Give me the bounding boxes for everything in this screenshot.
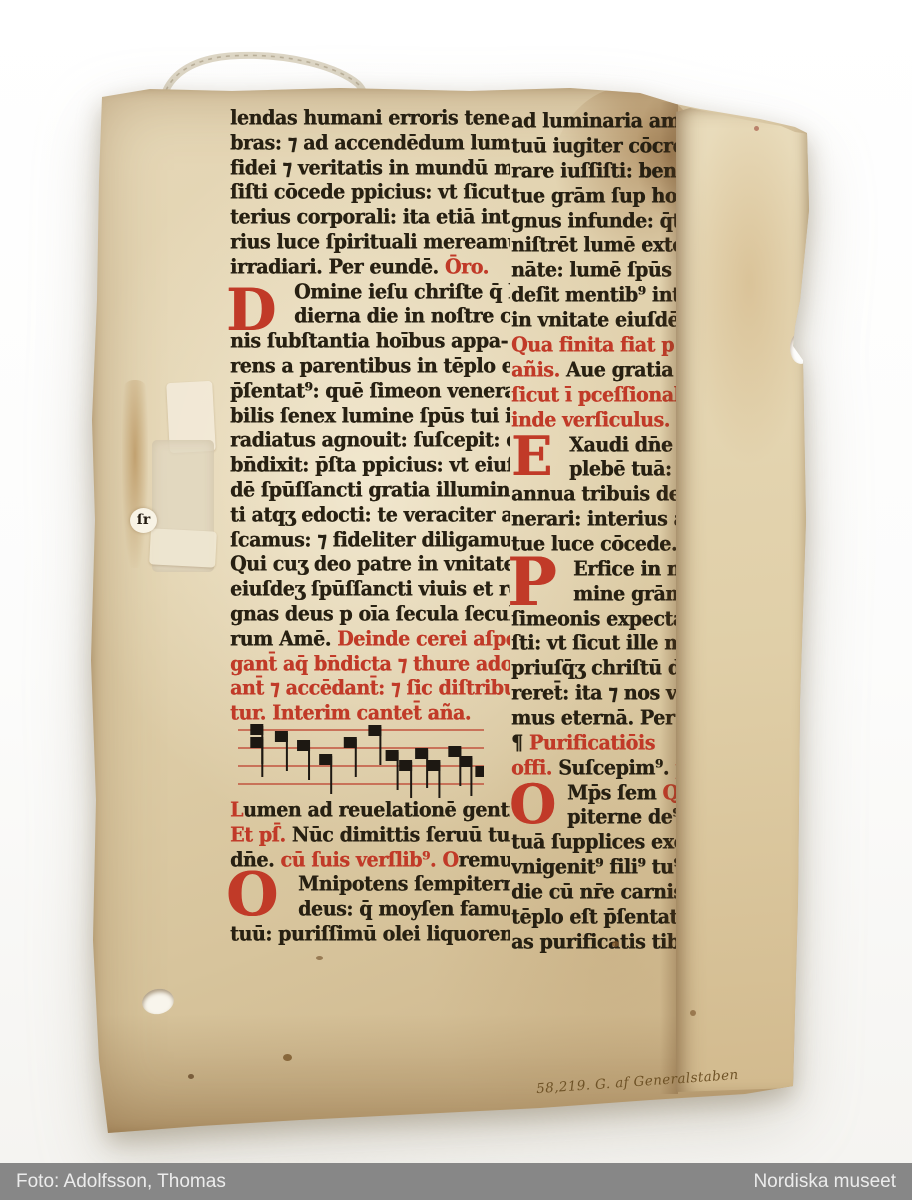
rubric-text: gant̄ aq̄ bn̄dicta ⁊ thure adole	[230, 652, 510, 676]
text-line: niſtrēt lumē exteri	[511, 233, 683, 257]
text-line: rare iuſſiſti: bene	[511, 159, 683, 183]
speck	[316, 956, 323, 960]
text-line: gant̄ aq̄ bn̄dicta ⁊ thure adole	[230, 652, 510, 676]
text-line: bilis ſenex lumine ſpūs tui ir	[230, 404, 510, 428]
body-text: rare iuſſiſti: bene	[511, 159, 683, 183]
body-text: umen ad reuelationē gentiū	[243, 798, 510, 822]
text-line: terius corporali: ita etiā inte-	[230, 205, 510, 229]
body-text: rius luce ſpirituali mereamur	[230, 230, 510, 254]
speck	[754, 126, 759, 131]
body-text: ſiſti cōcede ppicius: vt ſicut ex-	[230, 180, 510, 204]
photographer-credit: Foto: Adolfsson, Thomas	[16, 1171, 226, 1193]
body-text: nāte: lumē ſpūs tu	[511, 258, 683, 282]
photograph: ſr lendas humani erroris tene-bras: ⁊ ad…	[0, 0, 912, 1200]
text-line: tēplo eſt p̄ſentat⁹: i	[511, 905, 683, 929]
rubric-text: Et pſ̄.	[230, 823, 292, 847]
body-text: Qui cuʒ deo patre in vnitate	[230, 552, 510, 576]
illuminated-initial-P: P	[507, 553, 557, 612]
speck	[690, 1010, 696, 1016]
body-text: priuſq̄ʒ chriſtū dn̄	[511, 656, 683, 680]
illuminated-initial-O: O	[509, 780, 556, 829]
text-line: rum Amē. Deinde cerei aſper-	[230, 627, 510, 651]
text-line: Lumen ad reuelationē gentiū	[230, 798, 510, 822]
body-text: vnigenit⁹ fili⁹ tu⁹	[511, 855, 681, 879]
speck	[790, 108, 798, 113]
rubric-text: Purificatiōis	[529, 731, 655, 755]
body-text: deus: q̄ moyſen famulū	[298, 897, 510, 921]
body-text: gnas deus p oīa ſecula ſeculo	[230, 602, 510, 626]
body-text: ſti: vt ſicut ille mor	[511, 631, 683, 655]
body-text: lendas humani erroris tene-	[230, 106, 510, 130]
neume-note	[459, 756, 472, 767]
manuscript-leaf-wrap: ſr lendas humani erroris tene-bras: ⁊ ad…	[90, 86, 812, 1136]
rubric-text: Deinde cerei aſper-	[337, 627, 510, 651]
rubric-text: añis.	[511, 358, 566, 382]
text-fragment: ſr	[130, 508, 157, 533]
text-line: nerari: interius aſ	[511, 507, 683, 531]
neume-note	[250, 724, 263, 735]
body-text: nerari: interius aſ	[511, 507, 683, 531]
text-line: ſti: vt ſicut ille mor	[511, 631, 683, 655]
caption-bar: Foto: Adolfsson, Thomas Nordiska museet	[0, 1163, 912, 1200]
text-line: ſcamus: ⁊ fideliter diligamus	[230, 528, 510, 552]
text-line: rius luce ſpirituali mereamur	[230, 230, 510, 254]
text-line: nāte: lumē ſpūs tu	[511, 258, 683, 282]
text-line: fidei ⁊ veritatis in mundū mi-	[230, 156, 510, 180]
body-text: bn̄dixit: p̄ſta ppicius: vt eiuſ-	[230, 453, 510, 477]
body-text: bras: ⁊ ad accendēdum lumē	[230, 131, 510, 155]
neume-note	[275, 731, 288, 742]
text-line: rens a parentibus in tēplo es	[230, 354, 510, 378]
text-line: ad luminaria am	[511, 109, 680, 133]
stain	[122, 380, 148, 568]
body-text: remus	[458, 848, 510, 872]
body-text: fidei ⁊ veritatis in mundū mi-	[230, 156, 510, 180]
text-line: tuū iugiter cōcre	[511, 134, 683, 158]
body-text: in vnitate eiuſdē ſ	[511, 308, 683, 332]
body-text: ti atqʒ edocti: te veraciter agno	[230, 503, 510, 527]
text-line: deſit mentib⁹ inte	[511, 283, 683, 307]
neume-note	[368, 725, 381, 736]
body-text: rens a parentibus in tēplo es	[230, 354, 510, 378]
text-line: bn̄dixit: p̄ſta ppicius: vt eiuſ-	[230, 453, 510, 477]
museum-credit: Nordiska museet	[753, 1171, 896, 1193]
neume-note	[475, 766, 484, 777]
neume-note	[344, 737, 357, 748]
text-line: dē ſpūſſancti gratia illumina	[230, 478, 510, 502]
rubric-text: ſicut ī pceſſionali	[511, 383, 683, 407]
text-line: gnas deus p oīa ſecula ſeculo	[230, 602, 510, 626]
body-text: ad luminaria am	[511, 109, 680, 133]
text-line: p̄ſentat⁹: quē ſimeon venera-	[230, 379, 510, 403]
text-line: añis. Aue gratia pl	[511, 358, 683, 382]
body-text: dierna die in noſtre car-	[294, 304, 510, 328]
body-text: Mnipotens ſempiterne	[298, 872, 510, 896]
neume-note	[427, 760, 440, 771]
text-line: Qui cuʒ deo patre in vnitate	[230, 552, 510, 576]
text-line: Et pſ̄. Nūc dimittis ſeruū tuum	[230, 823, 510, 847]
text-line: ti atqʒ edocti: te veraciter agno	[230, 503, 510, 527]
text-line: lendas humani erroris tene-	[230, 106, 510, 130]
body-text: p̄ſentat⁹: quē ſimeon venera-	[230, 379, 510, 403]
illuminated-initial-E: E	[511, 432, 552, 481]
neume-note	[297, 740, 310, 751]
body-text: eiuſdeʒ ſpūſſancti viuis et re-	[230, 577, 510, 601]
music-staff	[238, 724, 484, 800]
neume-note	[386, 750, 399, 761]
text-line: as purificatis tibi	[511, 930, 683, 954]
text-column-left: lendas humani erroris tene-bras: ⁊ ad ac…	[230, 86, 510, 1136]
body-text: as purificatis tibi	[511, 930, 683, 954]
body-text: die cū nr̄e carnis ſu	[511, 880, 683, 904]
body-text: Mp̄s ſem	[567, 781, 662, 805]
text-line: gnus infunde: q̄ti	[511, 209, 683, 233]
rubric-text: tur. Interim cantet̄ aña.	[230, 701, 471, 725]
parchment-hole-bottom	[140, 986, 176, 1017]
body-text: Nūc dimittis ſeruū tuum	[292, 823, 510, 847]
manuscript-leaf: ſr lendas humani erroris tene-bras: ⁊ ad…	[90, 86, 812, 1136]
folded-flap	[676, 104, 809, 1094]
rubric-text: Ōro.	[445, 255, 489, 279]
text-line: ¶ Purificatiōis	[511, 731, 655, 755]
rubric-text: ant̄ ⁊ accēdant̄: ⁊ ſic diſtribuā	[230, 676, 510, 700]
text-line: reret̄: ita ⁊ nos vit	[511, 681, 683, 705]
repair-patch	[149, 528, 217, 567]
text-line: vnigenit⁹ fili⁹ tu⁹	[511, 855, 681, 879]
text-line: priuſq̄ʒ chriſtū dn̄	[511, 656, 683, 680]
rubric-text: L	[230, 798, 243, 822]
body-text: radiatus agnouit: ſuſcepit: et	[230, 428, 510, 452]
text-line: die cū nr̄e carnis ſu	[511, 880, 683, 904]
fold-crease	[660, 102, 678, 1094]
text-line: mus eternā. Per	[511, 706, 674, 730]
speck	[612, 941, 619, 947]
speck	[283, 1054, 292, 1061]
body-text: tue grām ſup hos	[511, 184, 683, 208]
text-line: tur. Interim cantet̄ aña.	[230, 701, 471, 725]
neume-note	[415, 748, 428, 759]
neume-note	[250, 737, 263, 748]
body-text: mus eternā. Per	[511, 706, 674, 730]
speck	[188, 1074, 194, 1079]
body-text: niſtrēt lumē exteri	[511, 233, 683, 257]
text-line: eiuſdeʒ ſpūſſancti viuis et re-	[230, 577, 510, 601]
rubric-text: cū ſuis verſlib⁹. O	[280, 848, 458, 872]
text-line: Qua finita fiat p	[511, 333, 674, 357]
body-text: reret̄: ita ⁊ nos vit	[511, 681, 683, 705]
text-line: tue grām ſup hos	[511, 184, 683, 208]
body-text: Omine ieſu chriſte q̄ ho	[294, 280, 510, 304]
illuminated-initial-O: O	[226, 868, 278, 922]
body-text: deſit mentib⁹ inte	[511, 283, 683, 307]
text-line: ſiſti cōcede ppicius: vt ſicut ex-	[230, 180, 510, 204]
body-text: tuū iugiter cōcre	[511, 134, 683, 158]
neume-note	[448, 746, 461, 757]
body-text: bilis ſenex lumine ſpūs tui ir	[230, 404, 510, 428]
body-text: ¶	[511, 731, 529, 755]
body-text: rum Amē.	[230, 627, 337, 651]
body-text: gnus infunde: q̄ti	[511, 209, 683, 233]
text-line: ſicut ī pceſſionali	[511, 383, 683, 407]
text-line: radiatus agnouit: ſuſcepit: et	[230, 428, 510, 452]
body-text: ſcamus: ⁊ fideliter diligamus	[230, 528, 510, 552]
text-line: ant̄ ⁊ accēdant̄: ⁊ ſic diſtribuā	[230, 676, 510, 700]
body-text: tēplo eſt p̄ſentat⁹: i	[511, 905, 683, 929]
parchment-hole-right-edge	[790, 332, 812, 364]
rubric-text: Qua finita fiat p	[511, 333, 674, 357]
text-line: in vnitate eiuſdē ſ	[511, 308, 683, 332]
body-text: dē ſpūſſancti gratia illumina	[230, 478, 510, 502]
text-line: bras: ⁊ ad accendēdum lumē	[230, 131, 510, 155]
body-text: terius corporali: ita etiā inte-	[230, 205, 510, 229]
neume-note	[319, 754, 332, 765]
neume-note	[399, 760, 412, 771]
illuminated-initial-D: D	[226, 284, 276, 336]
body-text: Suſcepim⁹.	[558, 756, 675, 780]
